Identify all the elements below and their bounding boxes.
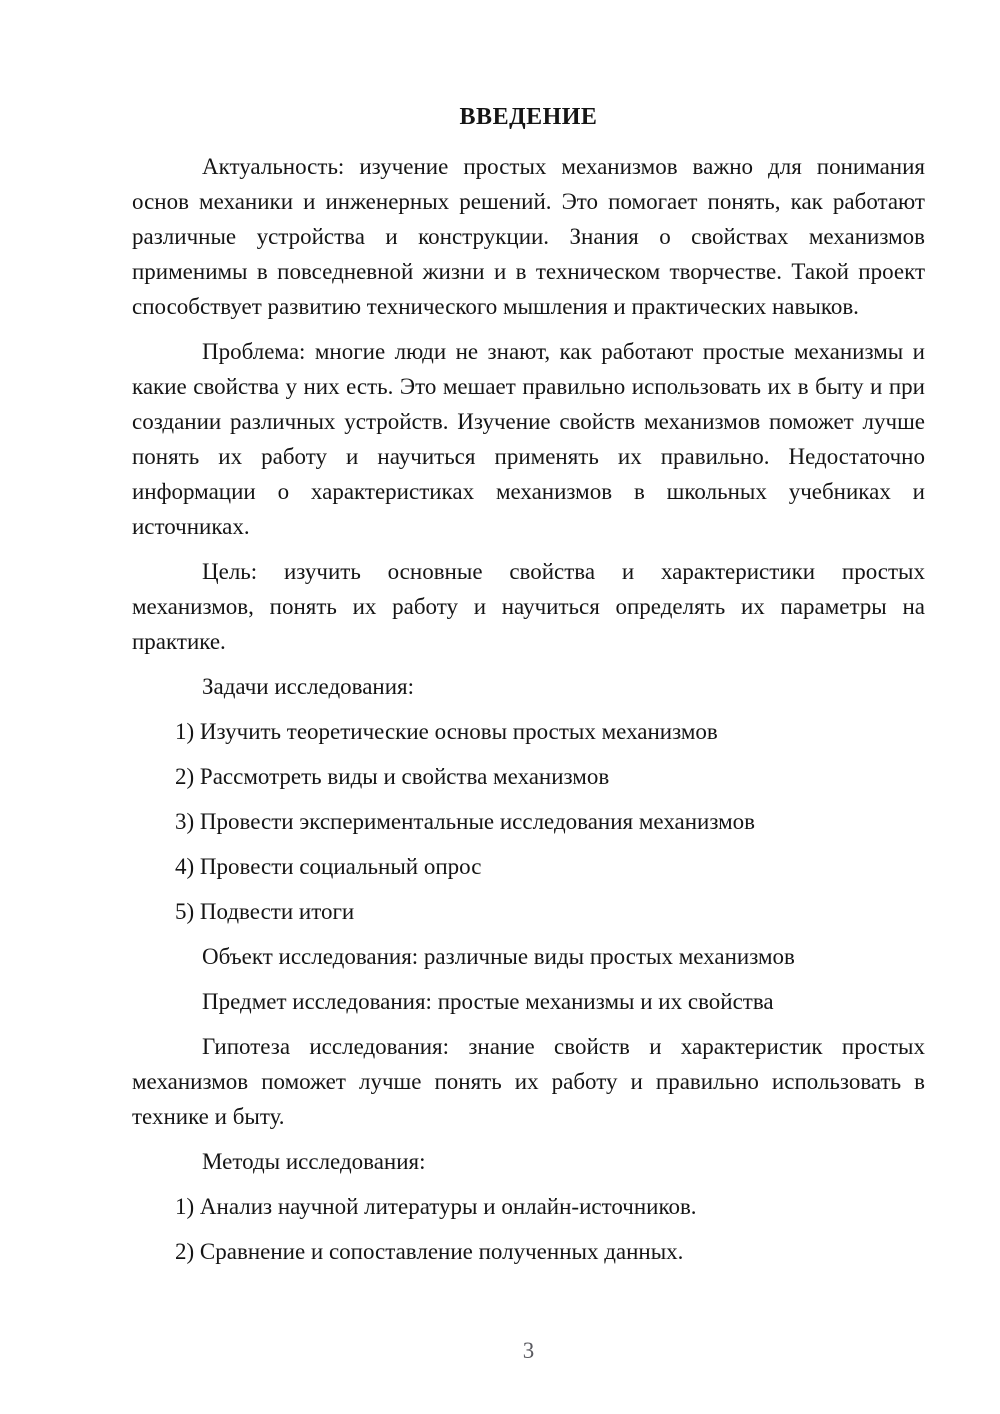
- task-item-5: 5) Подвести итоги: [132, 894, 925, 929]
- object-line: Объект исследования: различные виды прос…: [132, 939, 925, 974]
- task-item-4: 4) Провести социальный опрос: [132, 849, 925, 884]
- subject-line: Предмет исследования: простые механизмы …: [132, 984, 925, 1019]
- paragraph-relevance: Актуальность: изучение простых механизмо…: [132, 149, 925, 324]
- tasks-heading: Задачи исследования:: [132, 669, 925, 704]
- task-item-3: 3) Провести экспериментальные исследован…: [132, 804, 925, 839]
- page-number: 3: [132, 1333, 925, 1368]
- page-title: ВВЕДЕНИЕ: [132, 100, 925, 135]
- methods-list: 1) Анализ научной литературы и онлайн-ис…: [132, 1189, 925, 1269]
- paragraph-goal: Цель: изучить основные свойства и характ…: [132, 554, 925, 659]
- method-item-2: 2) Сравнение и сопоставление полученных …: [132, 1234, 925, 1269]
- method-item-1: 1) Анализ научной литературы и онлайн-ис…: [132, 1189, 925, 1224]
- document-page: ВВЕДЕНИЕ Актуальность: изучение простых …: [0, 0, 1000, 1414]
- tasks-list: 1) Изучить теоретические основы простых …: [132, 714, 925, 929]
- task-item-2: 2) Рассмотреть виды и свойства механизмо…: [132, 759, 925, 794]
- task-item-1: 1) Изучить теоретические основы простых …: [132, 714, 925, 749]
- paragraph-problem: Проблема: многие люди не знают, как рабо…: [132, 334, 925, 544]
- hypothesis-paragraph: Гипотеза исследования: знание свойств и …: [132, 1029, 925, 1134]
- methods-heading: Методы исследования:: [132, 1144, 925, 1179]
